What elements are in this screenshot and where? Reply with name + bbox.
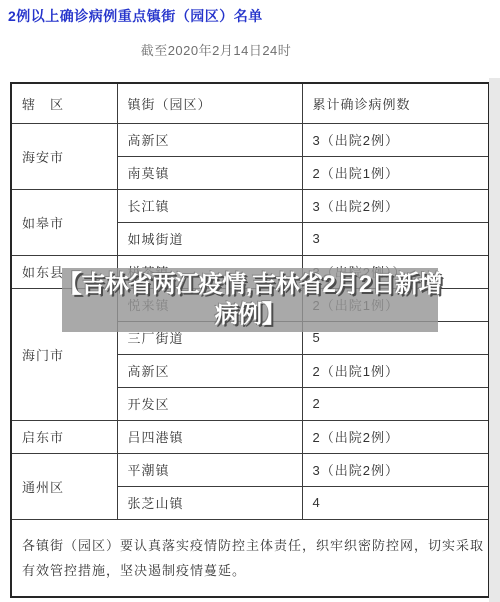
district-cell: 海安市 [11, 123, 117, 189]
table-row: 启东市吕四港镇2（出院2例） [11, 420, 489, 453]
town-cell: 南莫镇 [117, 156, 302, 189]
town-cell: 如城街道 [117, 222, 302, 255]
watermark-line-2: 病例】 [215, 300, 286, 330]
cases-cell: 2（出院1例） [302, 354, 489, 387]
town-cell: 吕四港镇 [117, 420, 302, 453]
town-cell: 高新区 [117, 354, 302, 387]
header-row: 辖 区 镇街（园区） 累计确诊病例数 [11, 83, 489, 123]
as-of-date: 截至2020年2月14日24时 [141, 43, 292, 58]
watermark-line-1: 【吉林省两江疫情,吉林省2月2日新增 [58, 270, 442, 300]
footer-note: 各镇街（园区）要认真落实疫情防控主体责任，织牢织密防控网，切实采取有效管控措施，… [11, 519, 489, 597]
town-cell: 平潮镇 [117, 453, 302, 486]
table-header: 辖 区 镇街（园区） 累计确诊病例数 [11, 83, 489, 123]
cases-cell: 2（出院2例） [302, 420, 489, 453]
town-cell: 高新区 [117, 123, 302, 156]
cases-cell: 3（出院2例） [302, 123, 489, 156]
cases-cell: 3（出院2例） [302, 189, 489, 222]
watermark-caption: 【吉林省两江疫情,吉林省2月2日新增 病例】 [62, 268, 438, 332]
article-title[interactable]: 2例以上确诊病例重点镇街（园区）名单 [8, 6, 263, 26]
cases-cell: 2 [302, 387, 489, 420]
as-of-date-wrap: 截至2020年2月14日24时 [0, 40, 432, 60]
town-cell: 长江镇 [117, 189, 302, 222]
town-cell: 张芝山镇 [117, 486, 302, 519]
header-cases: 累计确诊病例数 [302, 83, 489, 123]
footer-row: 各镇街（园区）要认真落实疫情防控主体责任，织牢织密防控网，切实采取有效管控措施，… [11, 519, 489, 597]
district-cell: 启东市 [11, 420, 117, 453]
district-cell: 通州区 [11, 453, 117, 519]
scrollbar-track[interactable] [489, 78, 500, 602]
district-cell: 如皋市 [11, 189, 117, 255]
cases-cell: 4 [302, 486, 489, 519]
header-town: 镇街（园区） [117, 83, 302, 123]
cases-cell: 3（出院2例） [302, 453, 489, 486]
table-footer: 各镇街（园区）要认真落实疫情防控主体责任，织牢织密防控网，切实采取有效管控措施，… [11, 519, 489, 597]
table-row: 如皋市长江镇3（出院2例） [11, 189, 489, 222]
table-row: 通州区平潮镇3（出院2例） [11, 453, 489, 486]
cases-table: 辖 区 镇街（园区） 累计确诊病例数 海安市高新区3（出院2例）南莫镇2（出院1… [10, 82, 490, 598]
town-cell: 开发区 [117, 387, 302, 420]
table-row: 海安市高新区3（出院2例） [11, 123, 489, 156]
cases-cell: 2（出院1例） [302, 156, 489, 189]
header-district: 辖 区 [11, 83, 117, 123]
cases-cell: 3 [302, 222, 489, 255]
